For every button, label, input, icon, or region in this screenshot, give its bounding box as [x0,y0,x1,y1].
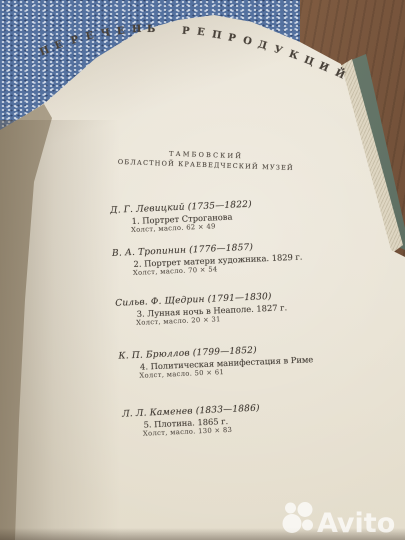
list-item: Д. Г. Левицкий (1735—1822) 1. Портрет Ст… [110,195,361,235]
heading-letter: Р [227,32,237,44]
heading-letter: Ч [100,27,111,39]
list-item: К. П. Брюллов (1799—1852) 4. Политическа… [118,341,369,381]
list-item: Л. Л. Каменев (1833—1886) 5. Плотина. 18… [122,399,373,439]
heading-letter: Е [196,27,205,39]
avito-watermark: Avito [281,499,399,537]
heading-letter: О [242,35,253,48]
page-heading: ПЕРЕЧЕНЬРЕПРОДУКЦИЙ [0,0,405,140]
heading-letter: И [318,61,331,75]
heading-letter: Е [85,30,95,42]
avito-circles-icon: Avito [281,499,399,537]
heading-letter: Е [54,39,65,52]
heading-letter: П [211,29,222,41]
museum-caption: ТАМБОВСКИЙ ОБЛАСТНОЙ КРАЕВЕДЧЕСКИЙ МУЗЕЙ [86,146,327,174]
heading-letter: У [272,44,283,57]
heading-letter: П [38,45,51,59]
heading-letter: Е [116,25,125,37]
watermark-label: Avito [317,508,395,537]
heading-letter: Н [132,24,142,35]
heading-letter: Р [181,25,189,37]
heading-letter: Р [69,34,79,47]
heading-letter: К [287,49,299,62]
list-item: Сильв. Ф. Щедрин (1791—1830) 3. Лунная н… [115,288,366,328]
heading-letter: Д [257,39,269,52]
open-book-photo: ТАМБОВСКИЙ ОБЛАСТНОЙ КРАЕВЕДЧЕСКИЙ МУЗЕЙ… [0,0,405,540]
entries-list: Д. Г. Левицкий (1735—1822) 1. Портрет Ст… [108,195,369,466]
heading-letter: Ц [302,54,315,68]
heading-letter: Ь [147,24,155,35]
list-item: В. А. Тропинин (1776—1857) 2. Портрет ма… [112,238,363,278]
heading-letter: Й [333,67,346,81]
